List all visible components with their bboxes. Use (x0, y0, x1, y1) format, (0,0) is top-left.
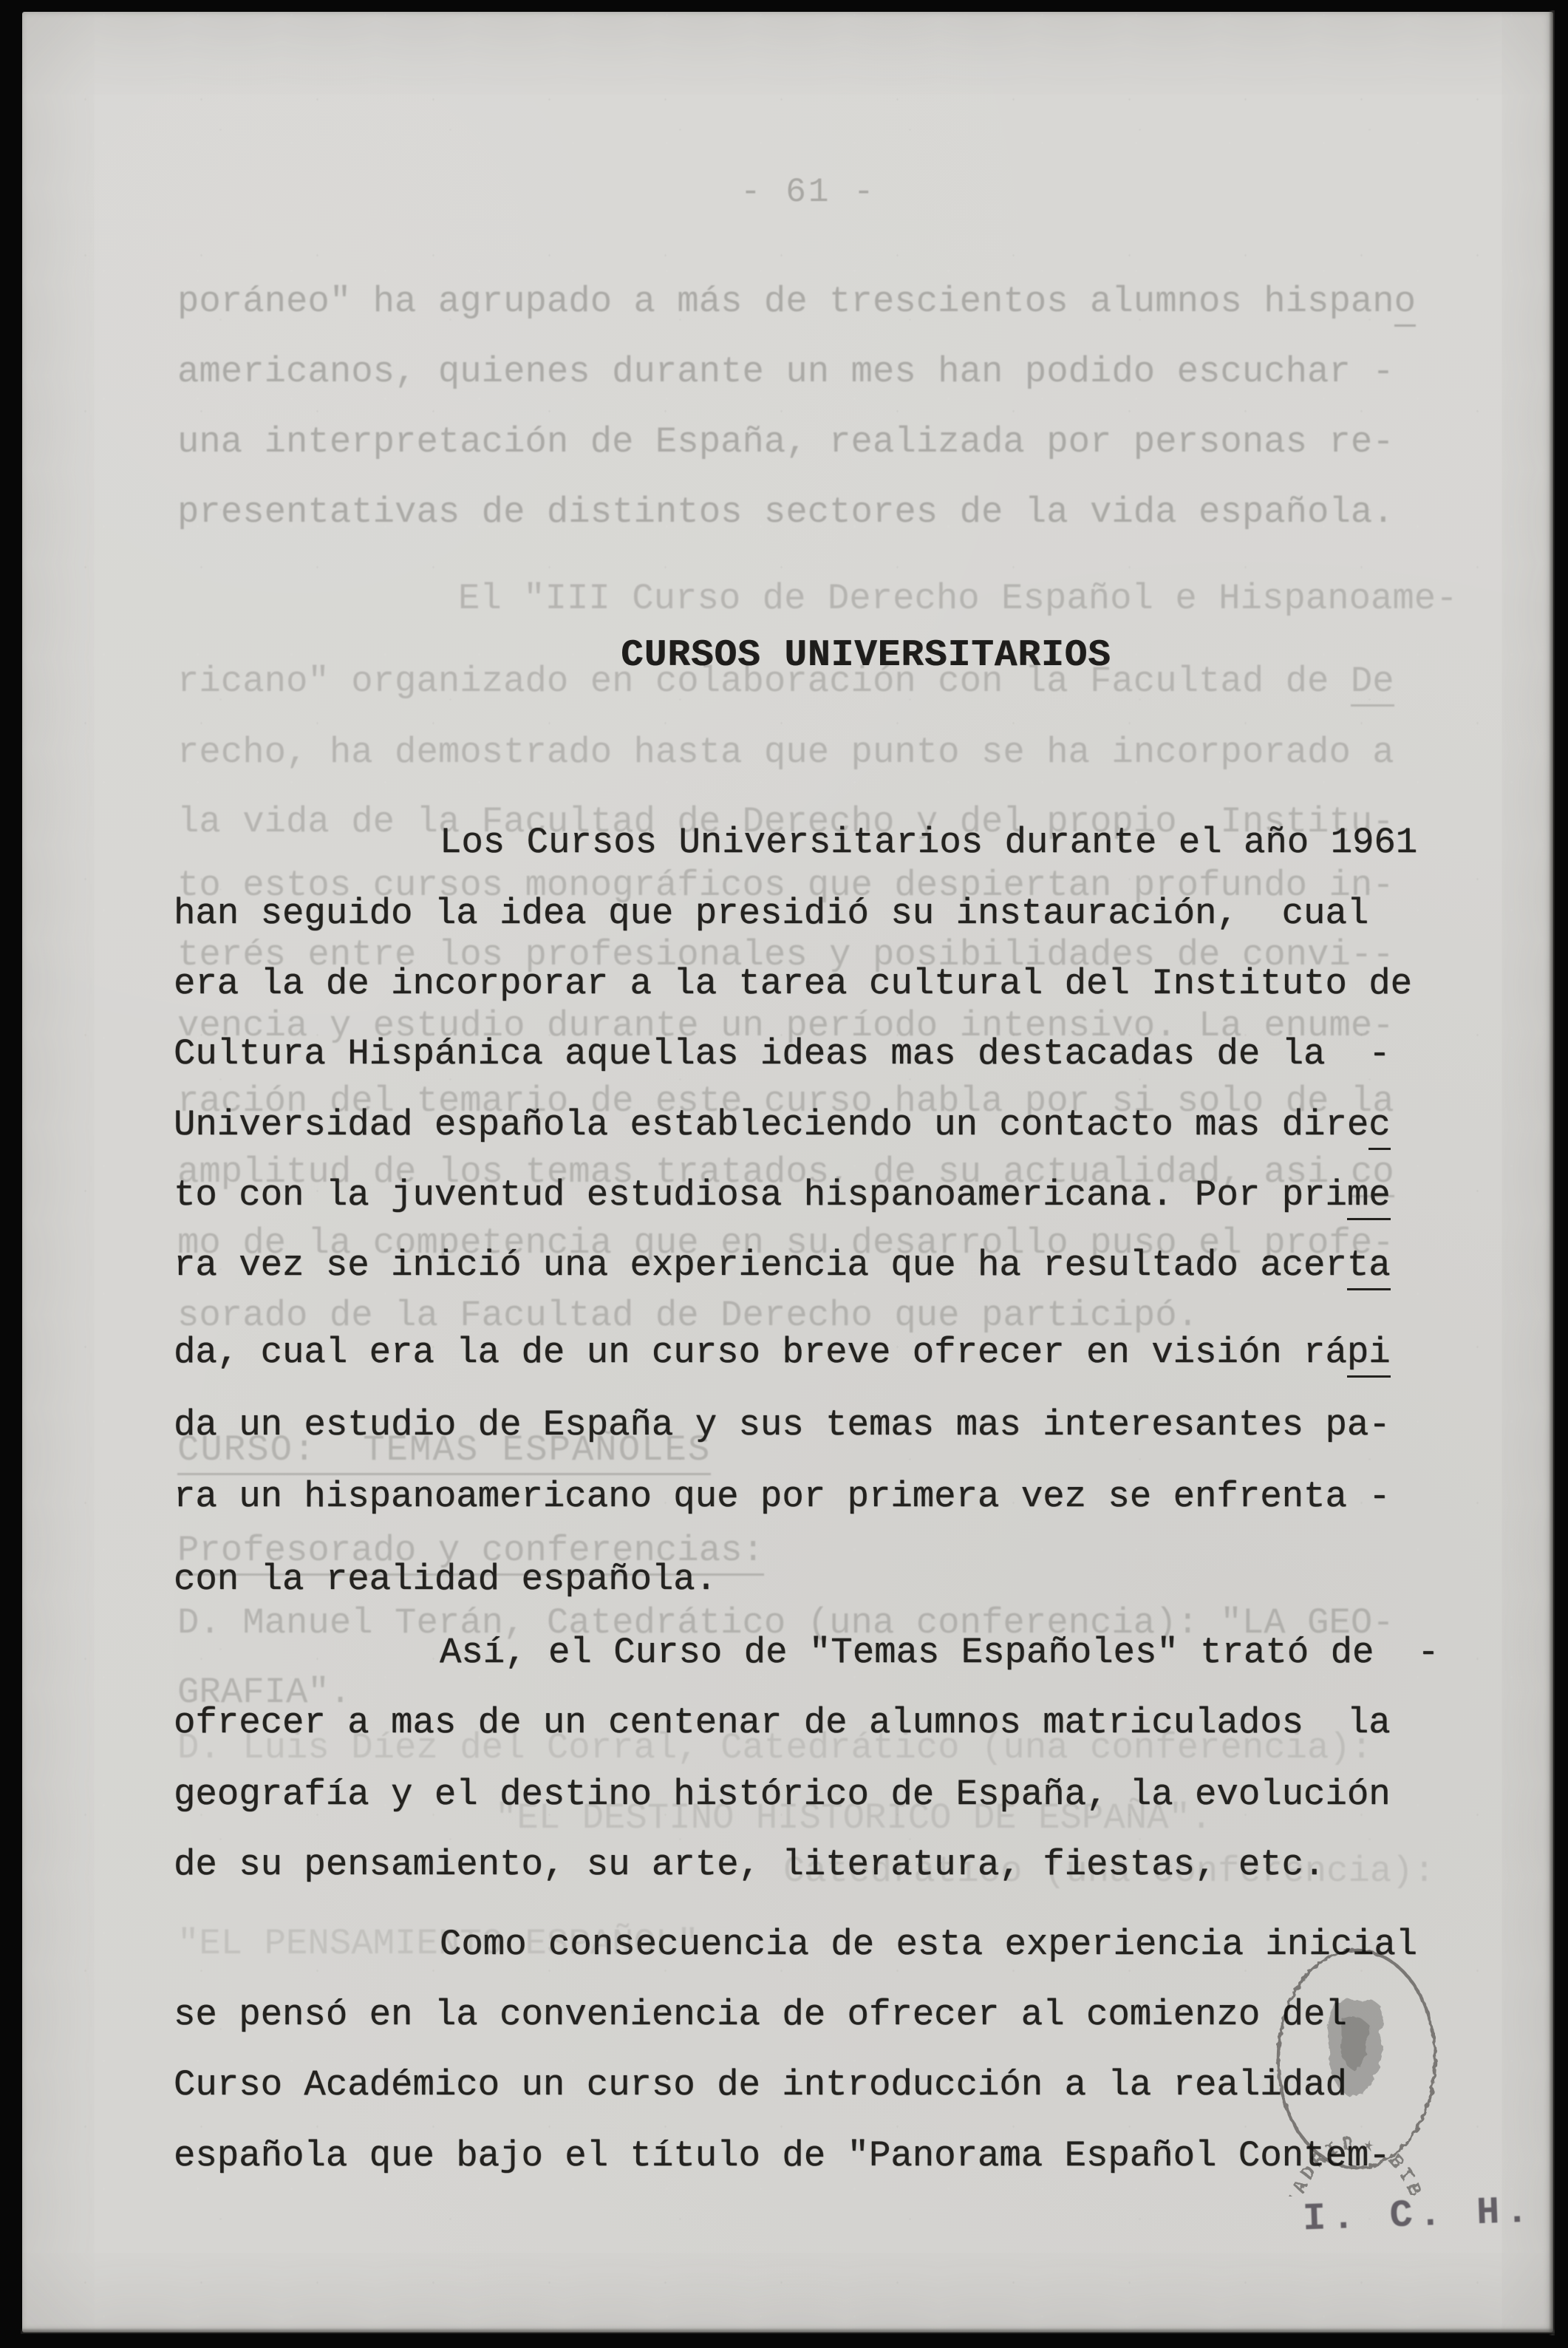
initials-stamp: I. C. H. (1302, 2190, 1535, 2242)
document-page: - 61 - poráneo" ha agrupado a más de tre… (22, 12, 1553, 2332)
typed-line: da, cual era la de un curso breve ofrece… (174, 1335, 1391, 1371)
typed-line: ra un hispanoamericano que por primera v… (174, 1479, 1391, 1515)
typed-line: con la realidad española. (174, 1562, 717, 1598)
library-stamp: ★ BIBLIOTECA HISPANICA ★ MADRID (1245, 1930, 1471, 2196)
stamp-ring-text: ★ BIBLIOTECA HISPANICA ★ MADRID (1280, 2131, 1434, 2196)
page-edge-right (1549, 10, 1555, 2335)
typed-line: Los Cursos Universitarios durante el año… (440, 825, 1417, 861)
scan-background: - 61 - poráneo" ha agrupado a más de tre… (0, 0, 1568, 2348)
typed-line: ra vez se inició una experiencia que ha … (174, 1248, 1391, 1284)
typed-line: de su pensamiento, su arte, literatura, … (174, 1847, 1325, 1883)
typed-line: Curso Académico un curso de introducción… (174, 2067, 1347, 2103)
typed-line: Cultura Hispánica aquellas ideas mas des… (174, 1036, 1391, 1072)
typed-line: geografía y el destino histórico de Espa… (174, 1777, 1391, 1813)
typed-line: ofrecer a mas de un centenar de alumnos … (174, 1705, 1391, 1741)
typed-line: era la de incorporar a la tarea cultural… (174, 966, 1412, 1002)
typed-line: española que bajo el título de "Panorama… (174, 2138, 1391, 2174)
typed-line: Universidad española estableciendo un co… (174, 1107, 1391, 1143)
page-edge-bottom (21, 2328, 1555, 2334)
typed-line: han seguido la idea que presidió su inst… (174, 896, 1368, 932)
typed-line: Así, el Curso de "Temas Españoles" trató… (440, 1635, 1439, 1671)
typed-line: to con la juventud estudiosa hispanoamer… (174, 1177, 1391, 1214)
typed-line: se pensó en la conveniencia de ofrecer a… (174, 1997, 1347, 2033)
typed-line: da un estudio de España y sus temas mas … (174, 1407, 1391, 1443)
